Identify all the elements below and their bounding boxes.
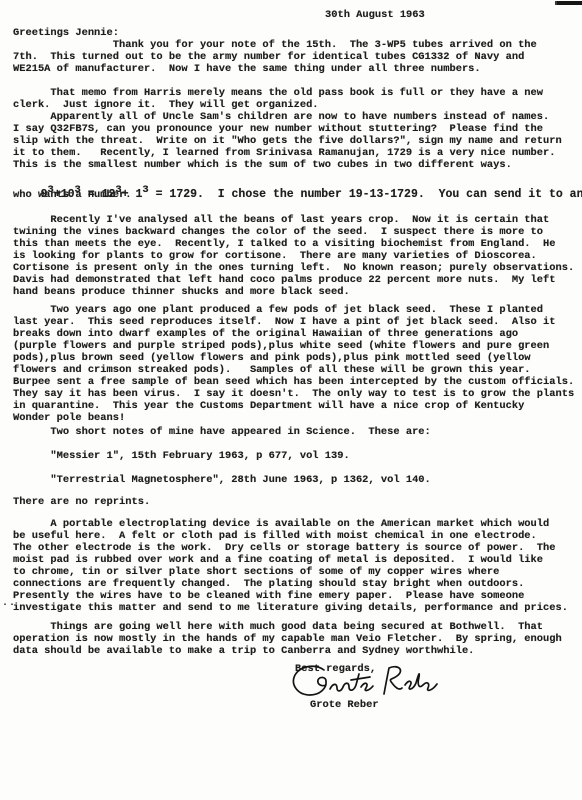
text-line: operation is now mostly in the hands of …	[13, 633, 562, 645]
text-line: last year. This seed reproduces itself. …	[13, 316, 574, 328]
text-line: flowers and crimson streaked pods). Samp…	[13, 364, 574, 376]
letter-page: { "page": { "background": "#fcfcfa", "in…	[0, 0, 582, 800]
text-line: They say it has been virus. I say it doe…	[13, 388, 574, 400]
text-line: slip with the threat. Write on it "Who g…	[13, 135, 562, 147]
formula-base: = 1729. I chose the number 19-13-1729. Y…	[149, 188, 582, 201]
typed-signature-name: Grote Reber	[310, 699, 379, 711]
paragraph-tubes: Thank you for your note of the 15th. The…	[13, 39, 537, 75]
text-line: (purple flowers and purple striped pods)…	[13, 340, 574, 352]
text-line: Cortisone is present only in the ones tu…	[13, 262, 574, 274]
formula-exponent: 3	[142, 184, 148, 196]
scan-edge-artifact	[555, 1, 582, 5]
text-line: Thank you for your note of the 15th. The…	[13, 39, 537, 51]
text-line: to chrome, tin or silver plate short sec…	[13, 566, 568, 578]
science-notes-intro: Two short notes of mine have appeared in…	[13, 426, 431, 438]
no-reprints-note: There are no reprints.	[13, 496, 150, 508]
text-line: twining the vines backward changes the c…	[13, 226, 574, 238]
publication-magnetosphere: "Terrestrial Magnetosphere", 28th June 1…	[13, 474, 431, 486]
text-line: investigate this matter and send to me l…	[13, 602, 568, 614]
text-line: Presently the wires have to be cleaned w…	[13, 590, 568, 602]
text-line: A portable electroplating device is avai…	[13, 518, 568, 530]
letter-paper: 30th August 1963 Greetings Jennie: Thank…	[0, 0, 582, 800]
text-line: be useful here. A felt or cloth pad is f…	[13, 530, 568, 542]
text-line: This is the smallest number which is the…	[13, 159, 562, 171]
text-line: Wonder pole beans!	[13, 412, 574, 424]
paragraph-numbers-end: who wants a number.	[13, 189, 131, 201]
text-line: this than meets the eye. Recently, I tal…	[13, 238, 574, 250]
text-line: it to them. Recently, I learned from Sri…	[13, 147, 562, 159]
text-line: The other electrode is the work. Dry cel…	[13, 542, 568, 554]
text-line: Two years ago one plant produced a few p…	[13, 304, 574, 316]
text-line: I say Q32FB7S, can you pronounce your ne…	[13, 123, 562, 135]
paragraph-harris-memo: That memo from Harris merely means the o…	[13, 87, 543, 111]
text-line: breaks down into dwarf examples of the o…	[13, 328, 574, 340]
text-line: clerk. Just ignore it. They will get org…	[13, 99, 543, 111]
paragraph-bothwell: Things are going well here with much goo…	[13, 621, 562, 657]
text-line: data should be available to make a trip …	[13, 645, 562, 657]
text-line: pods),plus brown seed (yellow flowers an…	[13, 352, 574, 364]
text-line: moist pad is rubbed over work and a fine…	[13, 554, 568, 566]
text-line: Burpee sent a free sample of bean seed w…	[13, 376, 574, 388]
publication-messier: "Messier 1", 15th February 1963, p 677, …	[13, 450, 350, 462]
paragraph-numbers: Apparently all of Uncle Sam's children a…	[13, 111, 562, 171]
text-line: WE215A of manufacturer. Now I have the s…	[13, 63, 537, 75]
paragraph-electroplating: A portable electroplating device is avai…	[13, 518, 568, 614]
text-line: who wants a number.	[13, 189, 131, 201]
text-line: is looking for plants to grow for cortis…	[13, 250, 574, 262]
text-line: Recently I've analysed all the beans of …	[13, 214, 574, 226]
salutation: Greetings Jennie:	[13, 27, 119, 39]
text-line: Davis had demonstrated that left hand co…	[13, 274, 574, 286]
scan-dots-artifact: ..	[2, 598, 16, 609]
text-line: Things are going well here with much goo…	[13, 621, 562, 633]
letter-date: 30th August 1963	[325, 9, 425, 21]
text-line: That memo from Harris merely means the o…	[13, 87, 543, 99]
text-line: 7th. This turned out to be the army numb…	[13, 51, 537, 63]
text-line: in quarantine. This year the Customs Dep…	[13, 400, 574, 412]
paragraph-beans-analysis: Recently I've analysed all the beans of …	[13, 214, 574, 298]
paragraph-bean-genetics: Two years ago one plant produced a few p…	[13, 304, 574, 424]
text-line: connections are frequently changed. The …	[13, 578, 568, 590]
text-line: Apparently all of Uncle Sam's children a…	[13, 111, 562, 123]
text-line: hand beans produce thinner shucks and mo…	[13, 286, 574, 298]
